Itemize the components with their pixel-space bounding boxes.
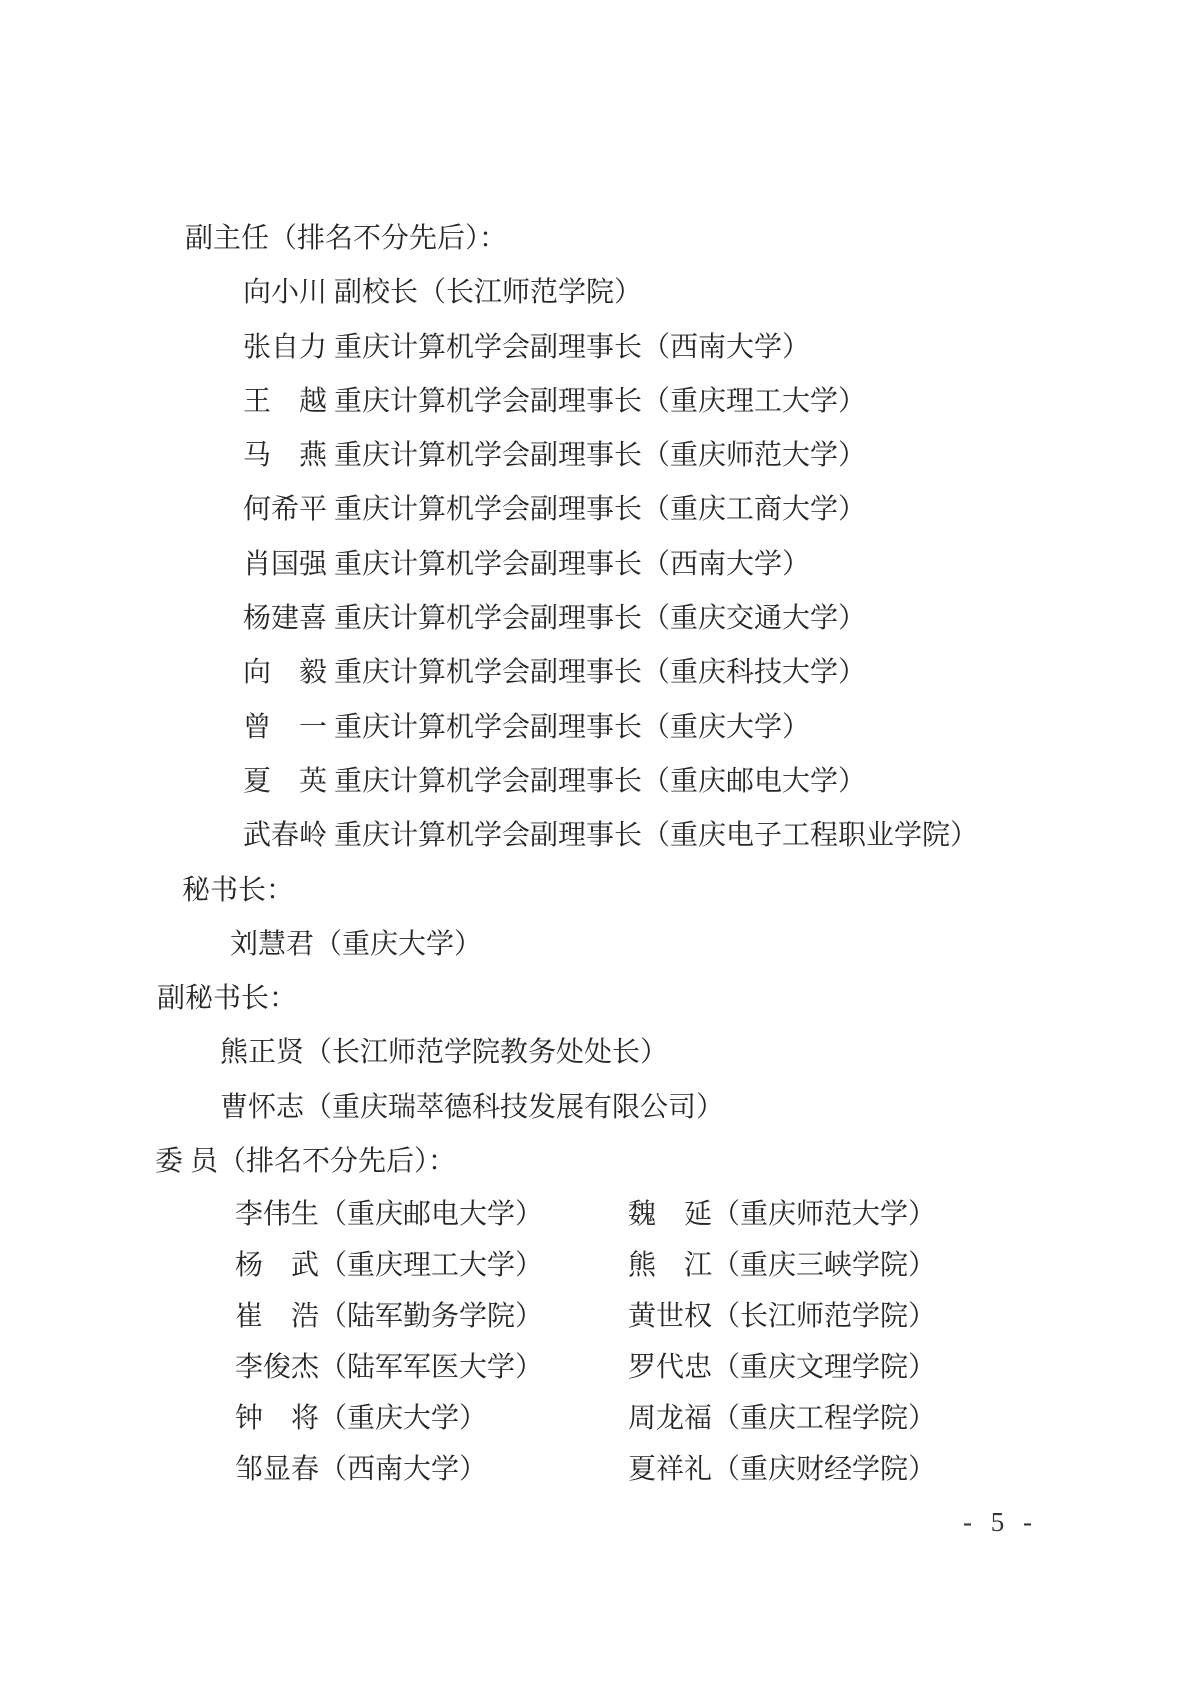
deputy-director-entry: 向小川 副校长（长江师范学院）: [0, 266, 1191, 320]
member-entry: 邹显春（西南大学）: [0, 1444, 628, 1495]
member-entry: 周龙福（重庆工程学院）: [628, 1393, 936, 1444]
heading-members: 委 员（排名不分先后）：: [0, 1135, 1191, 1189]
deputy-director-entry: 何希平 重庆计算机学会副理事长（重庆工商大学）: [0, 483, 1191, 537]
document-body: 副主任（排名不分先后）： 向小川 副校长（长江师范学院） 张自力 重庆计算机学会…: [0, 212, 1191, 1495]
deputy-director-entry: 曾 一 重庆计算机学会副理事长（重庆大学）: [0, 701, 1191, 755]
member-entry: 钟 将（重庆大学）: [0, 1393, 628, 1444]
deputy-director-entry: 向 毅 重庆计算机学会副理事长（重庆科技大学）: [0, 646, 1191, 700]
member-entry: 杨 武（重庆理工大学）: [0, 1240, 628, 1291]
deputy-director-entry: 杨建喜 重庆计算机学会副理事长（重庆交通大学）: [0, 592, 1191, 646]
heading-deputy-directors: 副主任（排名不分先后）：: [0, 212, 1191, 266]
member-entry: 魏 延（重庆师范大学）: [628, 1189, 936, 1240]
member-row: 钟 将（重庆大学） 周龙福（重庆工程学院）: [0, 1393, 1191, 1444]
member-entry: 李俊杰（陆军军医大学）: [0, 1342, 628, 1393]
deputy-director-entry: 马 燕 重庆计算机学会副理事长（重庆师范大学）: [0, 429, 1191, 483]
member-row: 李伟生（重庆邮电大学） 魏 延（重庆师范大学）: [0, 1189, 1191, 1240]
deputy-director-entry: 武春岭 重庆计算机学会副理事长（重庆电子工程职业学院）: [0, 809, 1191, 863]
deputy-director-entry: 夏 英 重庆计算机学会副理事长（重庆邮电大学）: [0, 755, 1191, 809]
heading-deputy-secretary-general: 副秘书长：: [0, 972, 1191, 1026]
deputy-secretary-entry: 曹怀志（重庆瑞萃德科技发展有限公司）: [0, 1081, 1191, 1135]
heading-secretary-general: 秘书长：: [0, 864, 1191, 918]
member-entry: 李伟生（重庆邮电大学）: [0, 1189, 628, 1240]
member-entry: 崔 浩（陆军勤务学院）: [0, 1291, 628, 1342]
member-entry: 罗代忠（重庆文理学院）: [628, 1342, 936, 1393]
member-row: 杨 武（重庆理工大学） 熊 江（重庆三峡学院）: [0, 1240, 1191, 1291]
member-entry: 黄世权（长江师范学院）: [628, 1291, 936, 1342]
deputy-secretary-entry: 熊正贤（长江师范学院教务处处长）: [0, 1026, 1191, 1080]
member-row: 李俊杰（陆军军医大学） 罗代忠（重庆文理学院）: [0, 1342, 1191, 1393]
deputy-director-entry: 王 越 重庆计算机学会副理事长（重庆理工大学）: [0, 375, 1191, 429]
member-entry: 夏祥礼（重庆财经学院）: [628, 1444, 936, 1495]
member-row: 邹显春（西南大学） 夏祥礼（重庆财经学院）: [0, 1444, 1191, 1495]
member-entry: 熊 江（重庆三峡学院）: [628, 1240, 936, 1291]
deputy-director-entry: 肖国强 重庆计算机学会副理事长（西南大学）: [0, 538, 1191, 592]
page-number: - 5 -: [963, 1504, 1038, 1540]
deputy-director-entry: 张自力 重庆计算机学会副理事长（西南大学）: [0, 321, 1191, 375]
secretary-general-entry: 刘慧君（重庆大学）: [0, 918, 1191, 972]
member-row: 崔 浩（陆军勤务学院） 黄世权（长江师范学院）: [0, 1291, 1191, 1342]
document-page: 副主任（排名不分先后）： 向小川 副校长（长江师范学院） 张自力 重庆计算机学会…: [0, 0, 1191, 1684]
